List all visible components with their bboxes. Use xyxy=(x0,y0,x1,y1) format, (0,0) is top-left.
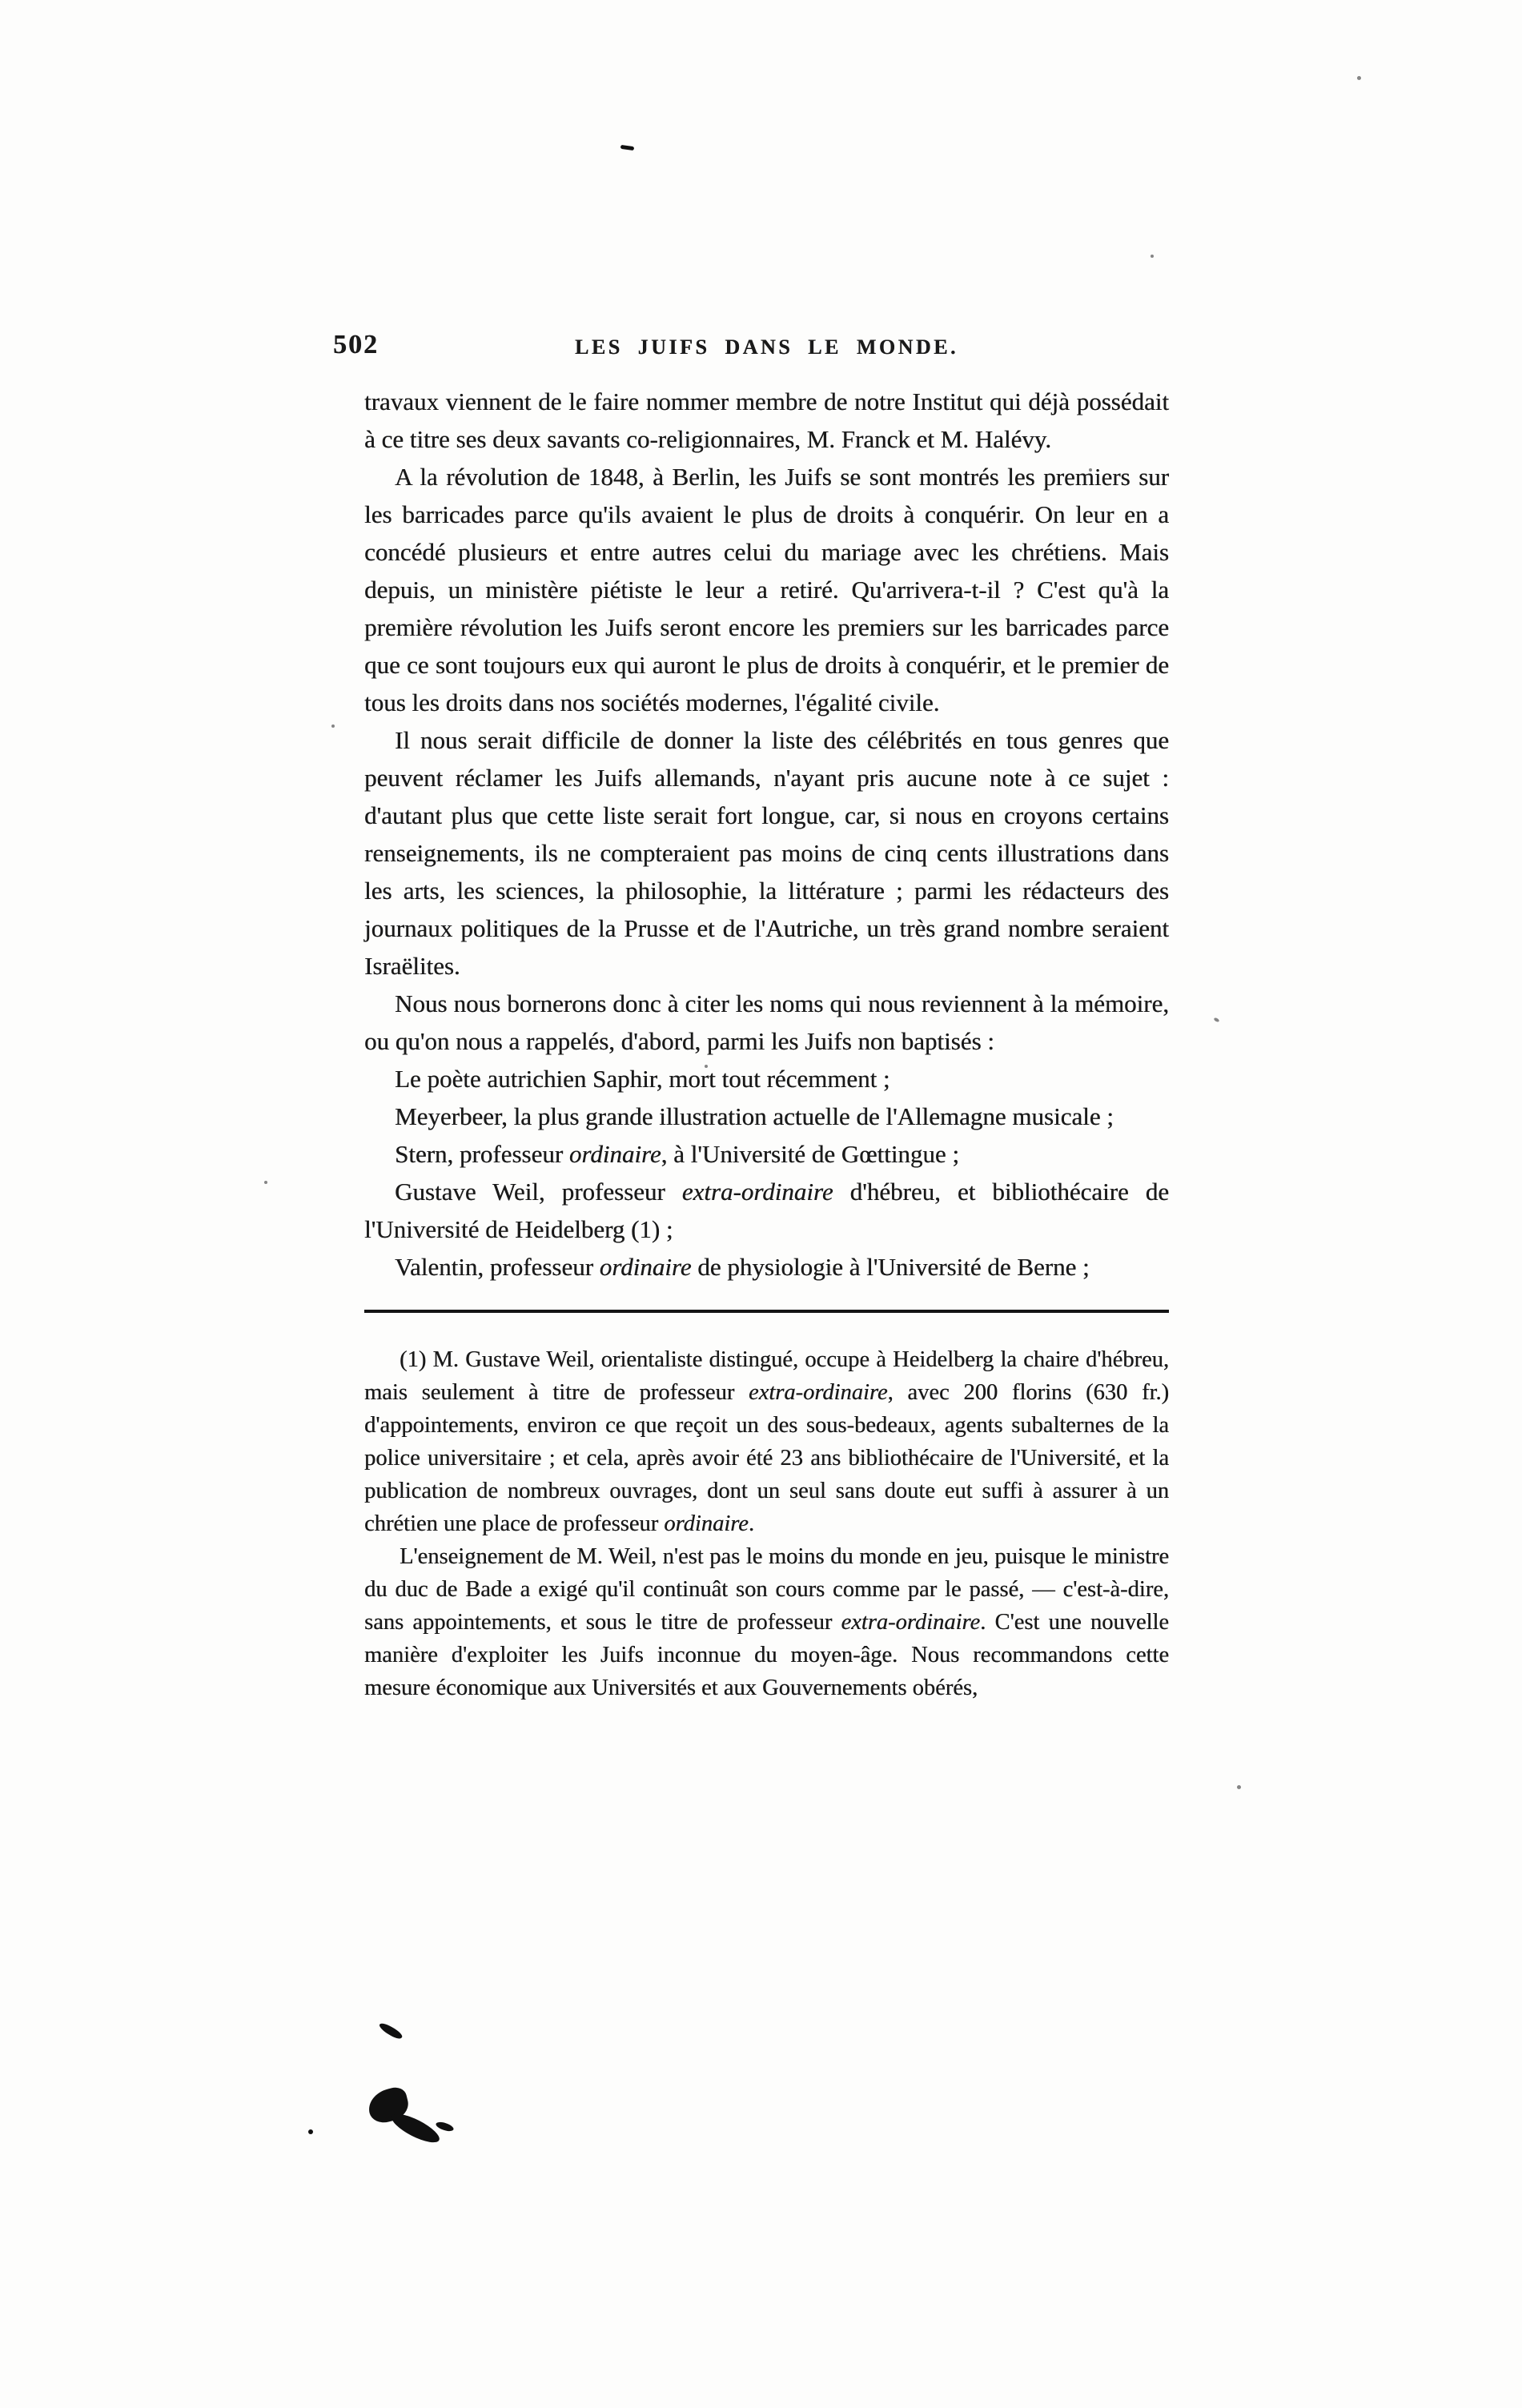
ink-mark xyxy=(435,2121,455,2133)
body-paragraph: travaux viennent de le faire nommer memb… xyxy=(364,383,1169,458)
body-text: travaux viennent de le faire nommer memb… xyxy=(364,383,1169,1286)
body-paragraph: Meyerbeer, la plus grande illustration a… xyxy=(364,1098,1169,1135)
ink-speck xyxy=(264,1181,267,1184)
italic-run: extra-ordinaire xyxy=(749,1380,888,1405)
ink-speck xyxy=(1213,1017,1219,1023)
text-column: travaux viennent de le faire nommer memb… xyxy=(364,383,1169,1704)
body-paragraph: Nous nous bornerons donc à citer les nom… xyxy=(364,985,1169,1060)
footnote-separator-rule xyxy=(364,1310,1169,1313)
italic-run: ordinaire xyxy=(569,1140,661,1168)
footnote-paragraph: (1) M. Gustave Weil, orientaliste distin… xyxy=(364,1343,1169,1540)
italic-run: ordinaire xyxy=(600,1253,692,1281)
text-run: travaux viennent de le faire nommer memb… xyxy=(364,387,1169,453)
italic-run: extra-ordinaire xyxy=(841,1610,981,1635)
ink-mark xyxy=(620,145,635,150)
italic-run: extra-ordinaire xyxy=(682,1178,833,1206)
text-run: Meyerbeer, la plus grande illustration a… xyxy=(395,1102,1114,1130)
body-paragraph: Gustave Weil, professeur extra-ordinaire… xyxy=(364,1173,1169,1248)
text-run: Il nous serait difficile de donner la li… xyxy=(364,726,1169,980)
text-run: Le poète autrichien Saphir, mort tout ré… xyxy=(395,1065,890,1093)
ink-mark xyxy=(378,2021,404,2041)
text-run: de physiologie à l'Université de Berne ; xyxy=(692,1253,1090,1281)
body-paragraph: Valentin, professeur ordinaire de physio… xyxy=(364,1248,1169,1286)
text-run: Valentin, professeur xyxy=(395,1253,600,1281)
book-page: 502 LES JUIFS DANS LE MONDE. travaux vie… xyxy=(0,0,1522,2408)
ink-speck xyxy=(308,2129,313,2134)
text-run: A la révolution de 1848, à Berlin, les J… xyxy=(364,463,1169,716)
text-run: , à l'Université de Gœttingue ; xyxy=(661,1140,959,1168)
body-paragraph: Le poète autrichien Saphir, mort tout ré… xyxy=(364,1060,1169,1098)
running-title: LES JUIFS DANS LE MONDE. xyxy=(364,335,1169,359)
footnote-paragraph: L'enseignement de M. Weil, n'est pas le … xyxy=(364,1540,1169,1704)
text-run: Nous nous bornerons donc à citer les nom… xyxy=(364,989,1169,1055)
ink-speck xyxy=(1151,255,1154,258)
text-run: . xyxy=(749,1511,754,1536)
text-run: Gustave Weil, professeur xyxy=(395,1178,682,1206)
body-paragraph: A la révolution de 1848, à Berlin, les J… xyxy=(364,458,1169,721)
ink-speck xyxy=(1237,1785,1241,1789)
text-run: Stern, professeur xyxy=(395,1140,569,1168)
ink-speck xyxy=(331,724,335,728)
body-paragraph: Il nous serait difficile de donner la li… xyxy=(364,721,1169,985)
footnote-text: (1) M. Gustave Weil, orientaliste distin… xyxy=(364,1343,1169,1704)
ink-speck xyxy=(705,1065,708,1068)
ink-speck xyxy=(1357,76,1361,80)
italic-run: ordinaire xyxy=(664,1511,749,1536)
ink-blot xyxy=(388,2109,443,2148)
ink-speck xyxy=(1089,468,1092,472)
body-paragraph: Stern, professeur ordinaire, à l'Univers… xyxy=(364,1135,1169,1173)
